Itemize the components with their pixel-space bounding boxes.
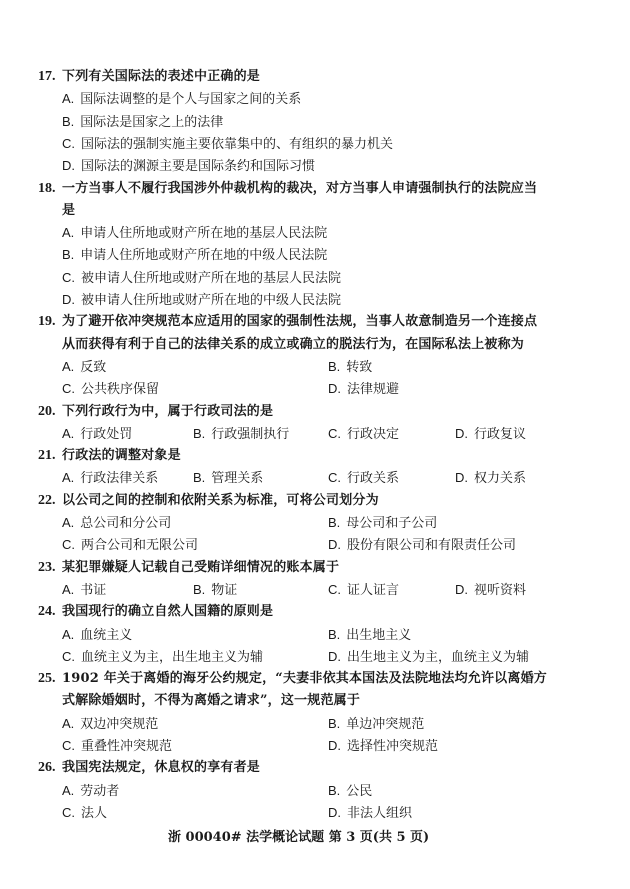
question-number: 23. xyxy=(38,557,56,579)
option-text: 申请人住所地或财产所在地的中级人民法院 xyxy=(80,248,327,263)
option-letter: B. xyxy=(62,247,74,262)
answer-option[interactable]: A.国际法调整的是个人与国家之间的关系 xyxy=(62,88,301,110)
answer-option[interactable]: C.国际法的强制实施主要依靠集中的、有组织的暴力机关 xyxy=(62,133,393,155)
question-stem: 以公司之间的控制和依附关系为标准，可将公司划分为 xyxy=(62,490,379,512)
option-text: 反致 xyxy=(80,360,106,375)
option-text: 血统主义 xyxy=(80,628,132,643)
option-text: 视听资料 xyxy=(474,583,526,598)
answer-option[interactable]: D.非法人组织 xyxy=(328,802,412,824)
question-stem-line: 26.我国宪法规定，休息权的享有者是 xyxy=(0,757,630,779)
answer-option[interactable]: D.国际法的渊源主要是国际条约和国际习惯 xyxy=(62,155,315,177)
option-text: 行政法律关系 xyxy=(80,471,158,486)
option-text: 血统主义为主，出生地主义为辅 xyxy=(81,650,263,665)
question-number: 19. xyxy=(38,311,56,333)
option-letter: D. xyxy=(328,738,341,753)
question-stem: 为了避开依冲突规范本应适用的国家的强制性法规，当事人故意制造另一个连接点 xyxy=(62,311,537,333)
question-number: 20. xyxy=(38,401,56,423)
option-letter: A. xyxy=(62,91,74,106)
answer-option[interactable]: B.国际法是国家之上的法律 xyxy=(62,111,223,133)
option-text: 行政强制执行 xyxy=(211,427,289,442)
question-stem: 我国宪法规定，休息权的享有者是 xyxy=(62,757,260,779)
answer-option[interactable]: C.法人 xyxy=(62,802,107,824)
answer-option[interactable]: A.行政处罚 xyxy=(62,423,132,445)
option-letter: D. xyxy=(328,649,341,664)
option-letter: C. xyxy=(62,649,75,664)
question-stem: 1902 年关于离婚的海牙公约规定，“夫妻非依其本国法及法院地法均允许以离婚方 xyxy=(62,668,547,690)
option-text: 出生地主义 xyxy=(346,628,411,643)
option-letter: B. xyxy=(62,114,74,129)
option-letter: B. xyxy=(328,716,340,731)
answer-option[interactable]: D.股份有限公司和有限责任公司 xyxy=(328,534,516,556)
question-stem-line: 22.以公司之间的控制和依附关系为标准，可将公司划分为 xyxy=(0,490,630,512)
option-letter: B. xyxy=(328,627,340,642)
answer-option[interactable]: A.反致 xyxy=(62,356,106,378)
option-text: 总公司和分公司 xyxy=(80,516,171,531)
answer-option[interactable]: A.劳动者 xyxy=(62,780,119,802)
question-stem-line: 19.为了避开依冲突规范本应适用的国家的强制性法规，当事人故意制造另一个连接点 xyxy=(0,311,630,333)
option-letter: D. xyxy=(328,537,341,552)
question-stem: 一方当事人不履行我国涉外仲裁机构的裁决，对方当事人申请强制执行的法院应当 xyxy=(62,178,537,200)
question-stem-line: 17.下列有关国际法的表述中正确的是 xyxy=(0,66,630,88)
question-stem-line: 18.一方当事人不履行我国涉外仲裁机构的裁决，对方当事人申请强制执行的法院应当 xyxy=(0,178,630,200)
option-letter: B. xyxy=(193,426,205,441)
question-stem-continued: 是 xyxy=(62,200,75,222)
answer-option[interactable]: B.单边冲突规范 xyxy=(328,713,424,735)
option-letter: A. xyxy=(62,426,74,441)
option-letter: C. xyxy=(62,136,75,151)
answer-option[interactable]: C.重叠性冲突规范 xyxy=(62,735,172,757)
option-letter: A. xyxy=(62,716,74,731)
option-text: 证人证言 xyxy=(347,583,399,598)
answer-option[interactable]: A.双边冲突规范 xyxy=(62,713,158,735)
answer-option[interactable]: B.申请人住所地或财产所在地的中级人民法院 xyxy=(62,244,327,266)
answer-option[interactable]: B.母公司和子公司 xyxy=(328,512,437,534)
option-letter: C. xyxy=(328,426,341,441)
answer-option[interactable]: D.选择性冲突规范 xyxy=(328,735,438,757)
option-text: 劳动者 xyxy=(80,784,119,799)
question-stem-line: 25.1902 年关于离婚的海牙公约规定，“夫妻非依其本国法及法院地法均允许以离… xyxy=(0,668,630,690)
answer-option[interactable]: B.转致 xyxy=(328,356,372,378)
option-letter: B. xyxy=(328,783,340,798)
option-letter: C. xyxy=(328,582,341,597)
answer-option[interactable]: C.血统主义为主，出生地主义为辅 xyxy=(62,646,263,668)
option-text: 股份有限公司和有限责任公司 xyxy=(347,538,516,553)
answer-option[interactable]: D.行政复议 xyxy=(455,423,526,445)
answer-option[interactable]: C.行政关系 xyxy=(328,467,399,489)
option-letter: D. xyxy=(455,426,468,441)
question-number: 22. xyxy=(38,490,56,512)
answer-option[interactable]: A.总公司和分公司 xyxy=(62,512,171,534)
answer-option[interactable]: B.出生地主义 xyxy=(328,624,411,646)
question-stem-line: 24.我国现行的确立自然人国籍的原则是 xyxy=(0,601,630,623)
option-letter: C. xyxy=(62,738,75,753)
option-letter: B. xyxy=(328,359,340,374)
exam-page: 17.下列有关国际法的表述中正确的是A.国际法调整的是个人与国家之间的关系B.国… xyxy=(0,0,630,889)
option-letter: C. xyxy=(328,470,341,485)
option-letter: D. xyxy=(62,292,75,307)
option-letter: A. xyxy=(62,225,74,240)
question-stem-line: 20.下列行政行为中，属于行政司法的是 xyxy=(0,401,630,423)
question-stem-line: 是 xyxy=(0,200,630,222)
option-text: 公民 xyxy=(346,784,372,799)
option-text: 法律规避 xyxy=(347,382,399,397)
question-stem: 某犯罪嫌疑人记载自己受贿详细情况的账本属于 xyxy=(62,557,339,579)
option-text: 物证 xyxy=(211,583,237,598)
option-text: 书证 xyxy=(80,583,106,598)
question-stem: 行政法的调整对象是 xyxy=(62,445,181,467)
option-letter: D. xyxy=(455,470,468,485)
option-letter: D. xyxy=(455,582,468,597)
answer-option[interactable]: D.法律规避 xyxy=(328,378,399,400)
answer-option[interactable]: C.公共秩序保留 xyxy=(62,378,159,400)
option-letter: C. xyxy=(62,537,75,552)
question-number: 17. xyxy=(38,66,56,88)
question-number: 25. xyxy=(38,668,56,690)
option-text: 两合公司和无限公司 xyxy=(81,538,198,553)
answer-option[interactable]: D.被申请人住所地或财产所在地的中级人民法院 xyxy=(62,289,341,311)
answer-option[interactable]: A.行政法律关系 xyxy=(62,467,158,489)
option-text: 行政复议 xyxy=(474,427,526,442)
option-letter: C. xyxy=(62,270,75,285)
option-letter: A. xyxy=(62,582,74,597)
option-text: 国际法的强制实施主要依靠集中的、有组织的暴力机关 xyxy=(81,137,393,152)
question-number: 18. xyxy=(38,178,56,200)
question-stem-line: 从而获得有利于自己的法律关系的成立或确立的脱法行为，在国际私法上被称为 xyxy=(0,334,630,356)
option-text: 法人 xyxy=(81,806,107,821)
answer-option[interactable]: B.行政强制执行 xyxy=(193,423,289,445)
option-text: 行政决定 xyxy=(347,427,399,442)
question-stem-continued: 式解除婚姻时，不得为离婚之请求”，这一规范属于 xyxy=(62,690,360,712)
option-text: 出生地主义为主，血统主义为辅 xyxy=(347,650,529,665)
option-text: 转致 xyxy=(346,360,372,375)
option-text: 国际法是国家之上的法律 xyxy=(80,115,223,130)
option-letter: A. xyxy=(62,783,74,798)
option-text: 行政处罚 xyxy=(80,427,132,442)
answer-option[interactable]: D.视听资料 xyxy=(455,579,526,601)
question-stem-continued: 从而获得有利于自己的法律关系的成立或确立的脱法行为，在国际私法上被称为 xyxy=(62,334,524,356)
option-text: 行政关系 xyxy=(347,471,399,486)
option-letter: A. xyxy=(62,359,74,374)
question-number: 26. xyxy=(38,757,56,779)
option-letter: D. xyxy=(328,381,341,396)
question-stem: 下列有关国际法的表述中正确的是 xyxy=(62,66,260,88)
option-letter: C. xyxy=(62,805,75,820)
answer-option[interactable]: D.出生地主义为主，血统主义为辅 xyxy=(328,646,529,668)
option-letter: D. xyxy=(62,158,75,173)
option-letter: A. xyxy=(62,515,74,530)
option-text: 国际法调整的是个人与国家之间的关系 xyxy=(80,92,301,107)
option-text: 被申请人住所地或财产所在地的中级人民法院 xyxy=(81,293,341,308)
option-text: 被申请人住所地或财产所在地的基层人民法院 xyxy=(81,271,341,286)
footer-text: 浙 00040# 法学概论试题 第 3 页(共 5 页) xyxy=(168,828,429,848)
option-text: 双边冲突规范 xyxy=(80,717,158,732)
answer-option[interactable]: D.权力关系 xyxy=(455,467,526,489)
answer-option[interactable]: C.证人证言 xyxy=(328,579,399,601)
option-text: 管理关系 xyxy=(211,471,263,486)
answer-option[interactable]: A.血统主义 xyxy=(62,624,132,646)
question-number: 24. xyxy=(38,601,56,623)
option-text: 公共秩序保留 xyxy=(81,382,159,397)
option-letter: C. xyxy=(62,381,75,396)
option-text: 非法人组织 xyxy=(347,806,412,821)
option-letter: B. xyxy=(193,470,205,485)
option-letter: A. xyxy=(62,470,74,485)
option-text: 国际法的渊源主要是国际条约和国际习惯 xyxy=(81,159,315,174)
option-text: 选择性冲突规范 xyxy=(347,739,438,754)
option-text: 单边冲突规范 xyxy=(346,717,424,732)
option-text: 权力关系 xyxy=(474,471,526,486)
answer-option[interactable]: C.行政决定 xyxy=(328,423,399,445)
option-text: 申请人住所地或财产所在地的基层人民法院 xyxy=(80,226,327,241)
option-letter: B. xyxy=(328,515,340,530)
option-letter: D. xyxy=(328,805,341,820)
option-text: 重叠性冲突规范 xyxy=(81,739,172,754)
answer-option[interactable]: A.书证 xyxy=(62,579,106,601)
question-number: 21. xyxy=(38,445,56,467)
answer-option[interactable]: A.申请人住所地或财产所在地的基层人民法院 xyxy=(62,222,327,244)
answer-option[interactable]: C.被申请人住所地或财产所在地的基层人民法院 xyxy=(62,267,341,289)
question-stem: 下列行政行为中，属于行政司法的是 xyxy=(62,401,273,423)
question-stem-line: 23.某犯罪嫌疑人记载自己受贿详细情况的账本属于 xyxy=(0,557,630,579)
answer-option[interactable]: C.两合公司和无限公司 xyxy=(62,534,198,556)
answer-option[interactable]: B.物证 xyxy=(193,579,237,601)
option-text: 母公司和子公司 xyxy=(346,516,437,531)
answer-option[interactable]: B.管理关系 xyxy=(193,467,263,489)
question-stem-line: 21.行政法的调整对象是 xyxy=(0,445,630,467)
option-letter: B. xyxy=(193,582,205,597)
option-letter: A. xyxy=(62,627,74,642)
answer-option[interactable]: B.公民 xyxy=(328,780,372,802)
question-stem-line: 式解除婚姻时，不得为离婚之请求”，这一规范属于 xyxy=(0,690,630,712)
question-stem: 我国现行的确立自然人国籍的原则是 xyxy=(62,601,273,623)
